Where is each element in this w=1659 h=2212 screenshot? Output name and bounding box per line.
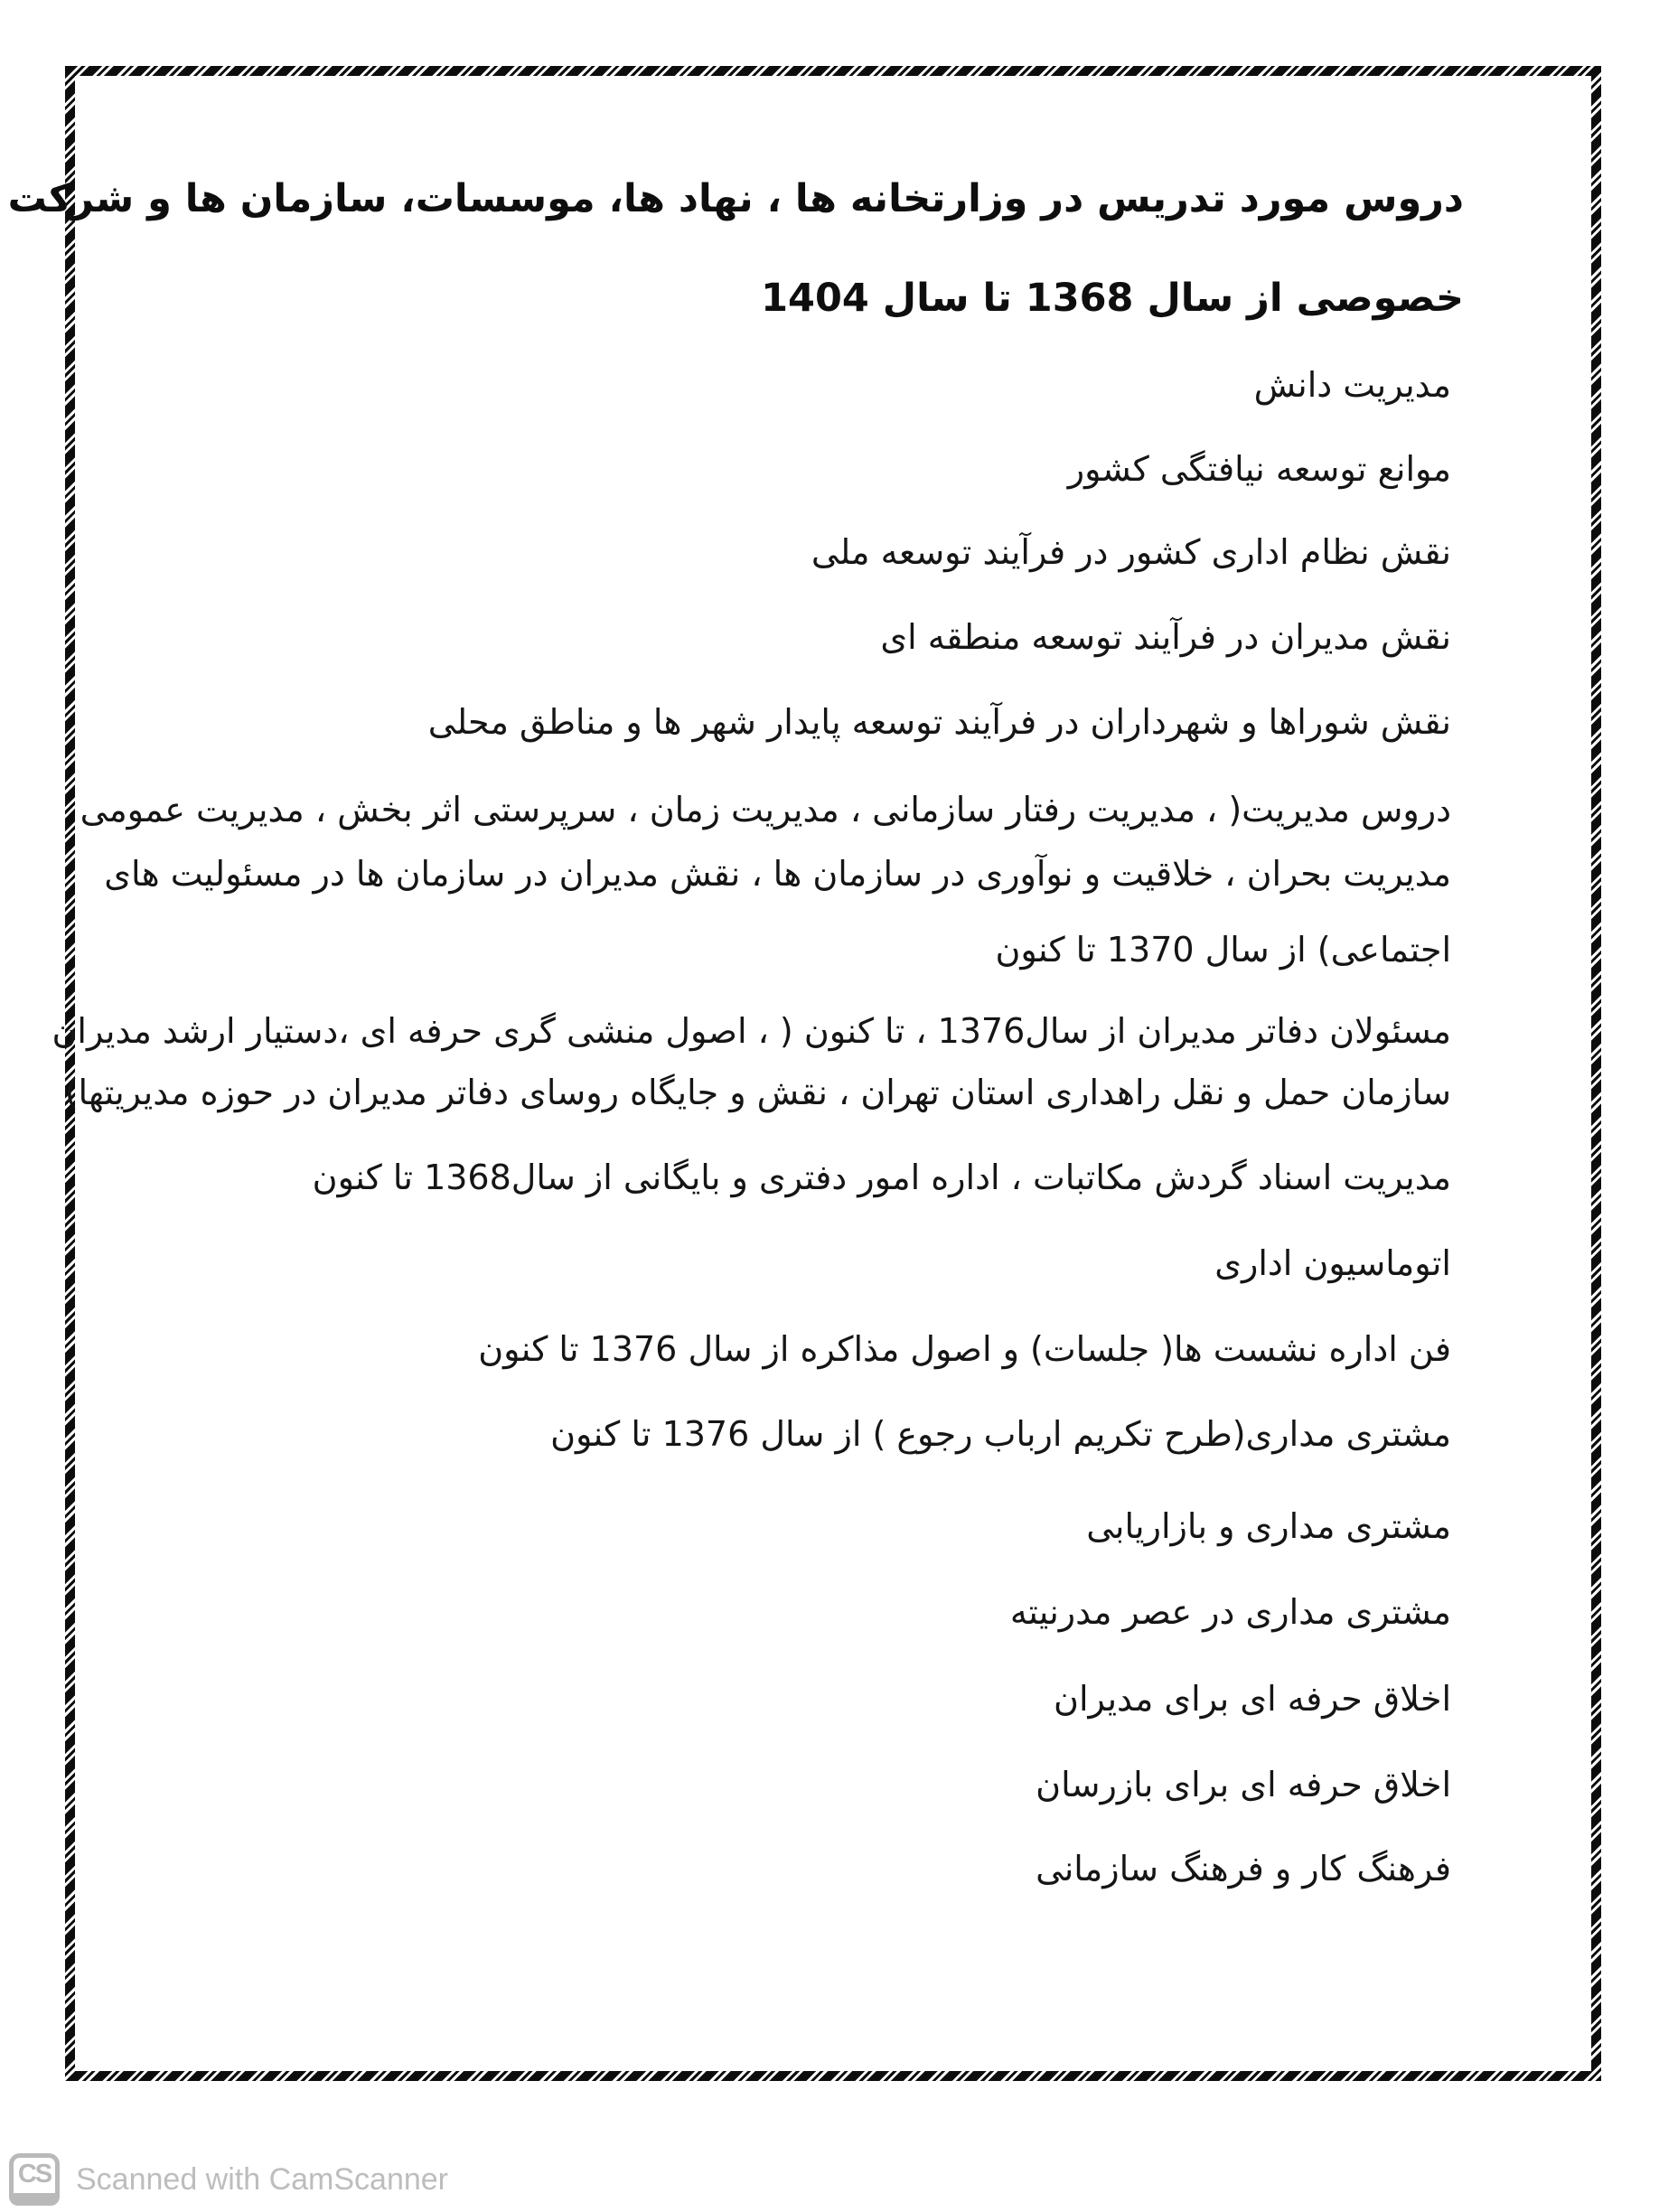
document-text-line: مسئولان دفاتر مدیران از سال1376 ، تا کنو… <box>52 1012 1452 1052</box>
document-text-line: اتوماسیون اداری <box>1214 1244 1451 1284</box>
document-text-line: مدیریت دانش <box>1254 366 1451 406</box>
camscanner-watermark: CS Scanned with CamScanner <box>9 2152 448 2207</box>
document-text-line: مدیریت اسناد گردش مکاتبات ، اداره امور د… <box>313 1158 1451 1198</box>
document-text-line: فن اداره نشست ها( جلسات) و اصول مذاکره ا… <box>478 1330 1451 1370</box>
document-title-line: دروس مورد تدریس در وزارتخانه ها ، نهاد ه… <box>0 177 1464 221</box>
document-text-line: سازمان حمل و نقل راهداری استان تهران ، ن… <box>65 1073 1451 1113</box>
camscanner-logo-bar <box>9 2193 60 2206</box>
scanned-document-page: دروس مورد تدریس در وزارتخانه ها ، نهاد ه… <box>0 0 1659 2212</box>
document-title-line: خصوصی از سال 1368 تا سال 1404 <box>761 276 1464 321</box>
camscanner-logo-icon: CS <box>9 2153 60 2206</box>
document-text-line: دروس مدیریت( ، مدیریت رفتار سازمانی ، مد… <box>80 791 1451 830</box>
document-text-line: اجتماعی) از سال 1370 تا کنون <box>995 931 1451 970</box>
document-text-line: موانع توسعه نیافتگی کشور <box>1068 450 1451 490</box>
document-text-line: نقش مدیران در فرآیند توسعه منطقه ای <box>880 618 1451 658</box>
document-text-line: مشتری مداری در عصر مدرنیته <box>1010 1593 1451 1633</box>
document-text-line: نقش نظام اداری کشور در فرآیند توسعه ملی <box>811 533 1451 573</box>
document-text-line: مشتری مداری(طرح تکریم ارباب رجوع ) از سا… <box>550 1415 1451 1455</box>
document-text-line: مدیریت بحران ، خلاقیت و نوآوری در سازمان… <box>104 855 1451 895</box>
document-text-line: اخلاق حرفه ای برای بازرسان <box>1036 1766 1451 1805</box>
camscanner-logo-letters: CS <box>18 2158 51 2190</box>
document-text-line: نقش شوراها و شهرداران در فرآیند توسعه پا… <box>428 703 1451 743</box>
document-text-content: دروس مورد تدریس در وزارتخانه ها ، نهاد ه… <box>0 0 1659 2212</box>
document-text-line: مشتری مداری و بازاریابی <box>1086 1507 1451 1547</box>
document-text-line: فرهنگ کار و فرهنگ سازمانی <box>1036 1850 1451 1889</box>
document-text-line: اخلاق حرفه ای برای مدیران <box>1054 1680 1451 1720</box>
camscanner-caption: Scanned with CamScanner <box>76 2162 448 2198</box>
